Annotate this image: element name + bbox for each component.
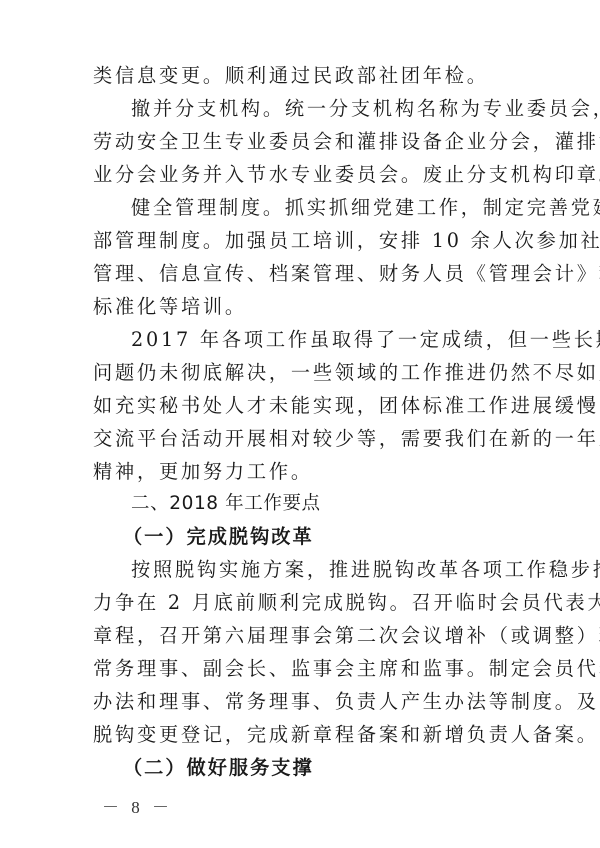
paragraph-merge-branches: 撤并分支机构。统一分支机构名称为专业委员会，撤销 bbox=[131, 97, 551, 121]
text-line: 交流平台活动开展相对较少等，需要我们在新的一年里振奋 bbox=[93, 427, 513, 451]
text-line: 如充实秘书处人才未能实现，团体标准工作进展缓慢，企业 bbox=[93, 394, 513, 418]
subsection-heading-2: （二）做好服务支撑 bbox=[123, 756, 543, 780]
paragraph-management-system: 健全管理制度。抓实抓细党建工作，制定完善党建和内 bbox=[131, 196, 551, 220]
text-line: 常务理事、副会长、监事会主席和监事。制定会员代表产生 bbox=[93, 657, 513, 681]
text-line: 管理、信息宣传、档案管理、财务人员《管理会计》和团体 bbox=[93, 262, 513, 286]
section-heading-2018: 二、2018 年工作要点 bbox=[131, 492, 551, 516]
text-line: 力争在 2 月底前顺利完成脱钩。召开临时会员代表大会修订 bbox=[93, 591, 513, 615]
text-line: 精神，更加努力工作。 bbox=[93, 460, 513, 484]
text-line: 办法和理事、常务理事、负责人产生办法等制度。及时完成 bbox=[93, 690, 513, 714]
text-line: 劳动安全卫生专业委员会和灌排设备企业分会，灌排设备企 bbox=[93, 130, 513, 154]
text-line: 脱钩变更登记，完成新章程备案和新增负责人备案。 bbox=[93, 723, 513, 747]
paragraph-2017-summary: 2017 年各项工作虽取得了一定成绩，但一些长期存在的 bbox=[131, 328, 551, 352]
text-line: 业分会业务并入节水专业委员会。废止分支机构印章。 bbox=[93, 163, 513, 187]
text-line: 标准化等培训。 bbox=[93, 295, 513, 319]
text-line: 部管理制度。加强员工培训，安排 10 余人次参加社会组织 bbox=[93, 229, 513, 253]
text-line: 章程，召开第六届理事会第二次会议增补（或调整）理事、 bbox=[93, 624, 513, 648]
subsection-heading-1: （一）完成脱钩改革 bbox=[123, 525, 543, 549]
text-line: 类信息变更。顺利通过民政部社团年检。 bbox=[93, 64, 513, 88]
document-page: 类信息变更。顺利通过民政部社团年检。 撤并分支机构。统一分支机构名称为专业委员会… bbox=[0, 0, 600, 848]
page-number: － 8 － bbox=[102, 793, 173, 818]
text-line: 问题仍未彻底解决，一些领域的工作推进仍然不尽如人意， bbox=[93, 361, 513, 385]
paragraph-decoupling: 按照脱钩实施方案，推进脱钩改革各项工作稳步推进， bbox=[131, 558, 551, 582]
